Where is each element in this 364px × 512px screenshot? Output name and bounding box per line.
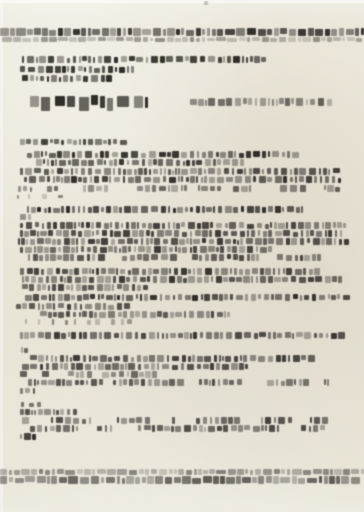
scanned-page [0, 0, 364, 512]
text-line [0, 469, 364, 475]
text-line [0, 476, 364, 484]
running-footer [0, 0, 364, 512]
